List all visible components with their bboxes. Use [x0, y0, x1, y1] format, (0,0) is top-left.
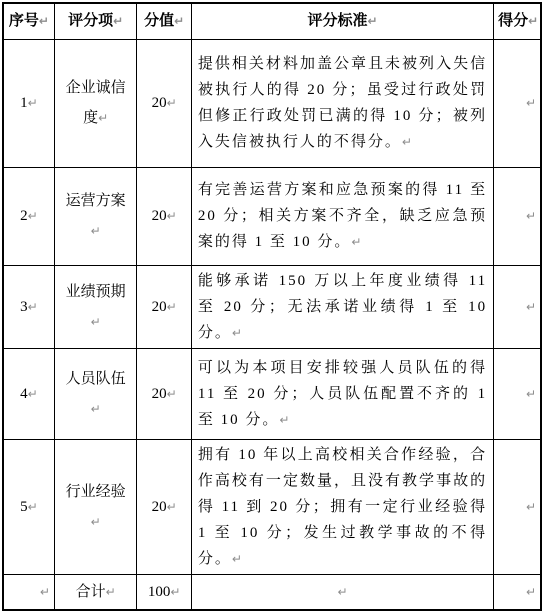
paragraph-mark-icon: ↵ [526, 387, 536, 401]
row-criteria: 提供相关材料加盖公章且未被列入失信被执行人的得 20 分；虽受过行政处罚但修正行… [198, 56, 487, 150]
row-criteria-cell: 提供相关材料加盖公章且未被列入失信被执行人的得 20 分；虽受过行政处罚但修正行… [191, 39, 493, 167]
table-row: 1↵ 企业诚信度↵ 20↵ 提供相关材料加盖公章且未被列入失信被执行人的得 20… [3, 39, 541, 167]
paragraph-mark-icon: ↵ [337, 585, 347, 599]
row-obtained-cell: ↵ [494, 265, 541, 348]
paragraph-mark-icon: ↵ [28, 96, 38, 110]
row-number-cell: 5↵ [3, 439, 54, 574]
row-score-cell: 20↵ [137, 39, 191, 167]
paragraph-mark-icon: ↵ [526, 96, 536, 110]
scoring-criteria-table: 序号↵ 评分项↵ 分值↵ 评分标准↵ 得分↵ 1↵ 企业诚信度↵ 20↵ 提供相… [2, 2, 542, 611]
paragraph-mark-icon: ↵ [232, 552, 242, 566]
row-score: 20 [152, 208, 167, 224]
row-number-cell: 2↵ [3, 167, 54, 265]
row-obtained-cell: ↵ [494, 348, 541, 439]
row-item-cell: 人员队伍↵ [54, 348, 137, 439]
row-number: 3 [20, 299, 28, 315]
paragraph-mark-icon: ↵ [174, 14, 184, 28]
total-criteria-cell: ↵ [191, 574, 493, 610]
row-score-cell: 20↵ [137, 439, 191, 574]
row-number: 5 [20, 499, 28, 515]
table-row: 2↵ 运营方案↵ 20↵ 有完善运营方案和应急预案的得 11 至 20 分；相关… [3, 167, 541, 265]
row-item: 运营方案 [66, 193, 126, 209]
paragraph-mark-icon: ↵ [28, 387, 38, 401]
row-item-cell: 企业诚信度↵ [54, 39, 137, 167]
row-obtained-cell: ↵ [494, 39, 541, 167]
paragraph-mark-icon: ↵ [113, 14, 123, 28]
paragraph-mark-icon: ↵ [167, 387, 177, 401]
row-obtained-cell: ↵ [494, 167, 541, 265]
row-obtained-cell: ↵ [494, 439, 541, 574]
header-cell-score-value: 分值↵ [137, 3, 191, 39]
total-obtained-cell: ↵ [494, 574, 541, 610]
paragraph-mark-icon: ↵ [91, 402, 101, 416]
total-label: 合计 [76, 584, 106, 600]
row-criteria-cell: 拥有 10 年以上高校相关合作经验，合作高校有一定数量，且没有教学事故的得 11… [191, 439, 493, 574]
total-score-cell: 100↵ [137, 574, 191, 610]
total-row: ↵ 合计↵ 100↵ ↵ ↵ [3, 574, 541, 610]
paragraph-mark-icon: ↵ [40, 585, 50, 599]
header-label: 评分项 [68, 13, 113, 29]
header-label: 序号 [9, 13, 39, 29]
row-item: 行业经验 [66, 484, 126, 500]
header-cell-number: 序号↵ [3, 3, 54, 39]
paragraph-mark-icon: ↵ [526, 585, 536, 599]
paragraph-mark-icon: ↵ [39, 14, 49, 28]
paragraph-mark-icon: ↵ [167, 96, 177, 110]
paragraph-mark-icon: ↵ [91, 315, 101, 329]
paragraph-mark-icon: ↵ [526, 209, 536, 223]
row-score-cell: 20↵ [137, 265, 191, 348]
paragraph-mark-icon: ↵ [232, 326, 242, 340]
paragraph-mark-icon: ↵ [402, 135, 412, 149]
paragraph-mark-icon: ↵ [170, 585, 180, 599]
row-item-cell: 业绩预期↵ [54, 265, 137, 348]
paragraph-mark-icon: ↵ [526, 500, 536, 514]
row-score: 20 [152, 499, 167, 515]
paragraph-mark-icon: ↵ [167, 500, 177, 514]
paragraph-mark-icon: ↵ [28, 300, 38, 314]
row-criteria: 可以为本项目安排较强人员队伍的得 11 至 20 分；人员队伍配置不齐的 1 至… [198, 360, 487, 428]
row-criteria-cell: 能够承诺 150 万以上年度业绩得 11 至 20 分；无法承诺业绩得 1 至 … [191, 265, 493, 348]
paragraph-mark-icon: ↵ [98, 111, 108, 125]
row-item: 人员队伍 [66, 371, 126, 387]
row-score-cell: 20↵ [137, 167, 191, 265]
paragraph-mark-icon: ↵ [528, 14, 538, 28]
paragraph-mark-icon: ↵ [526, 300, 536, 314]
table-row: 4↵ 人员队伍↵ 20↵ 可以为本项目安排较强人员队伍的得 11 至 20 分；… [3, 348, 541, 439]
paragraph-mark-icon: ↵ [351, 235, 361, 249]
row-criteria: 有完善运营方案和应急预案的得 11 至 20 分；相关方案不齐全，缺乏应急预案的… [198, 182, 487, 250]
row-criteria-cell: 可以为本项目安排较强人员队伍的得 11 至 20 分；人员队伍配置不齐的 1 至… [191, 348, 493, 439]
paragraph-mark-icon: ↵ [167, 209, 177, 223]
row-item-cell: 运营方案↵ [54, 167, 137, 265]
header-cell-obtained: 得分↵ [494, 3, 541, 39]
paragraph-mark-icon: ↵ [167, 300, 177, 314]
row-number-cell: 1↵ [3, 39, 54, 167]
header-label: 评分标准 [307, 13, 367, 29]
row-number-cell: 4↵ [3, 348, 54, 439]
table-row: 3↵ 业绩预期↵ 20↵ 能够承诺 150 万以上年度业绩得 11 至 20 分… [3, 265, 541, 348]
row-item-cell: 行业经验↵ [54, 439, 137, 574]
total-number-cell: ↵ [3, 574, 54, 610]
row-number: 1 [20, 95, 28, 111]
header-row: 序号↵ 评分项↵ 分值↵ 评分标准↵ 得分↵ [3, 3, 541, 39]
row-number: 2 [20, 208, 28, 224]
paragraph-mark-icon: ↵ [106, 585, 116, 599]
row-number-cell: 3↵ [3, 265, 54, 348]
header-label: 分值 [144, 13, 174, 29]
row-criteria: 拥有 10 年以上高校相关合作经验，合作高校有一定数量，且没有教学事故的得 11… [198, 447, 487, 567]
table-row: 5↵ 行业经验↵ 20↵ 拥有 10 年以上高校相关合作经验，合作高校有一定数量… [3, 439, 541, 574]
header-cell-item: 评分项↵ [54, 3, 137, 39]
total-label-cell: 合计↵ [54, 574, 137, 610]
row-score-cell: 20↵ [137, 348, 191, 439]
paragraph-mark-icon: ↵ [279, 413, 289, 427]
row-item: 企业诚信度 [66, 80, 126, 126]
row-number: 4 [20, 386, 28, 402]
paragraph-mark-icon: ↵ [28, 209, 38, 223]
paragraph-mark-icon: ↵ [28, 500, 38, 514]
paragraph-mark-icon: ↵ [91, 515, 101, 529]
paragraph-mark-icon: ↵ [91, 224, 101, 238]
row-criteria-cell: 有完善运营方案和应急预案的得 11 至 20 分；相关方案不齐全，缺乏应急预案的… [191, 167, 493, 265]
row-score: 20 [152, 386, 167, 402]
total-score: 100 [148, 584, 171, 600]
header-cell-criteria: 评分标准↵ [191, 3, 493, 39]
row-score: 20 [152, 299, 167, 315]
header-label: 得分 [498, 13, 528, 29]
row-item: 业绩预期 [66, 284, 126, 300]
row-score: 20 [152, 95, 167, 111]
paragraph-mark-icon: ↵ [367, 14, 377, 28]
